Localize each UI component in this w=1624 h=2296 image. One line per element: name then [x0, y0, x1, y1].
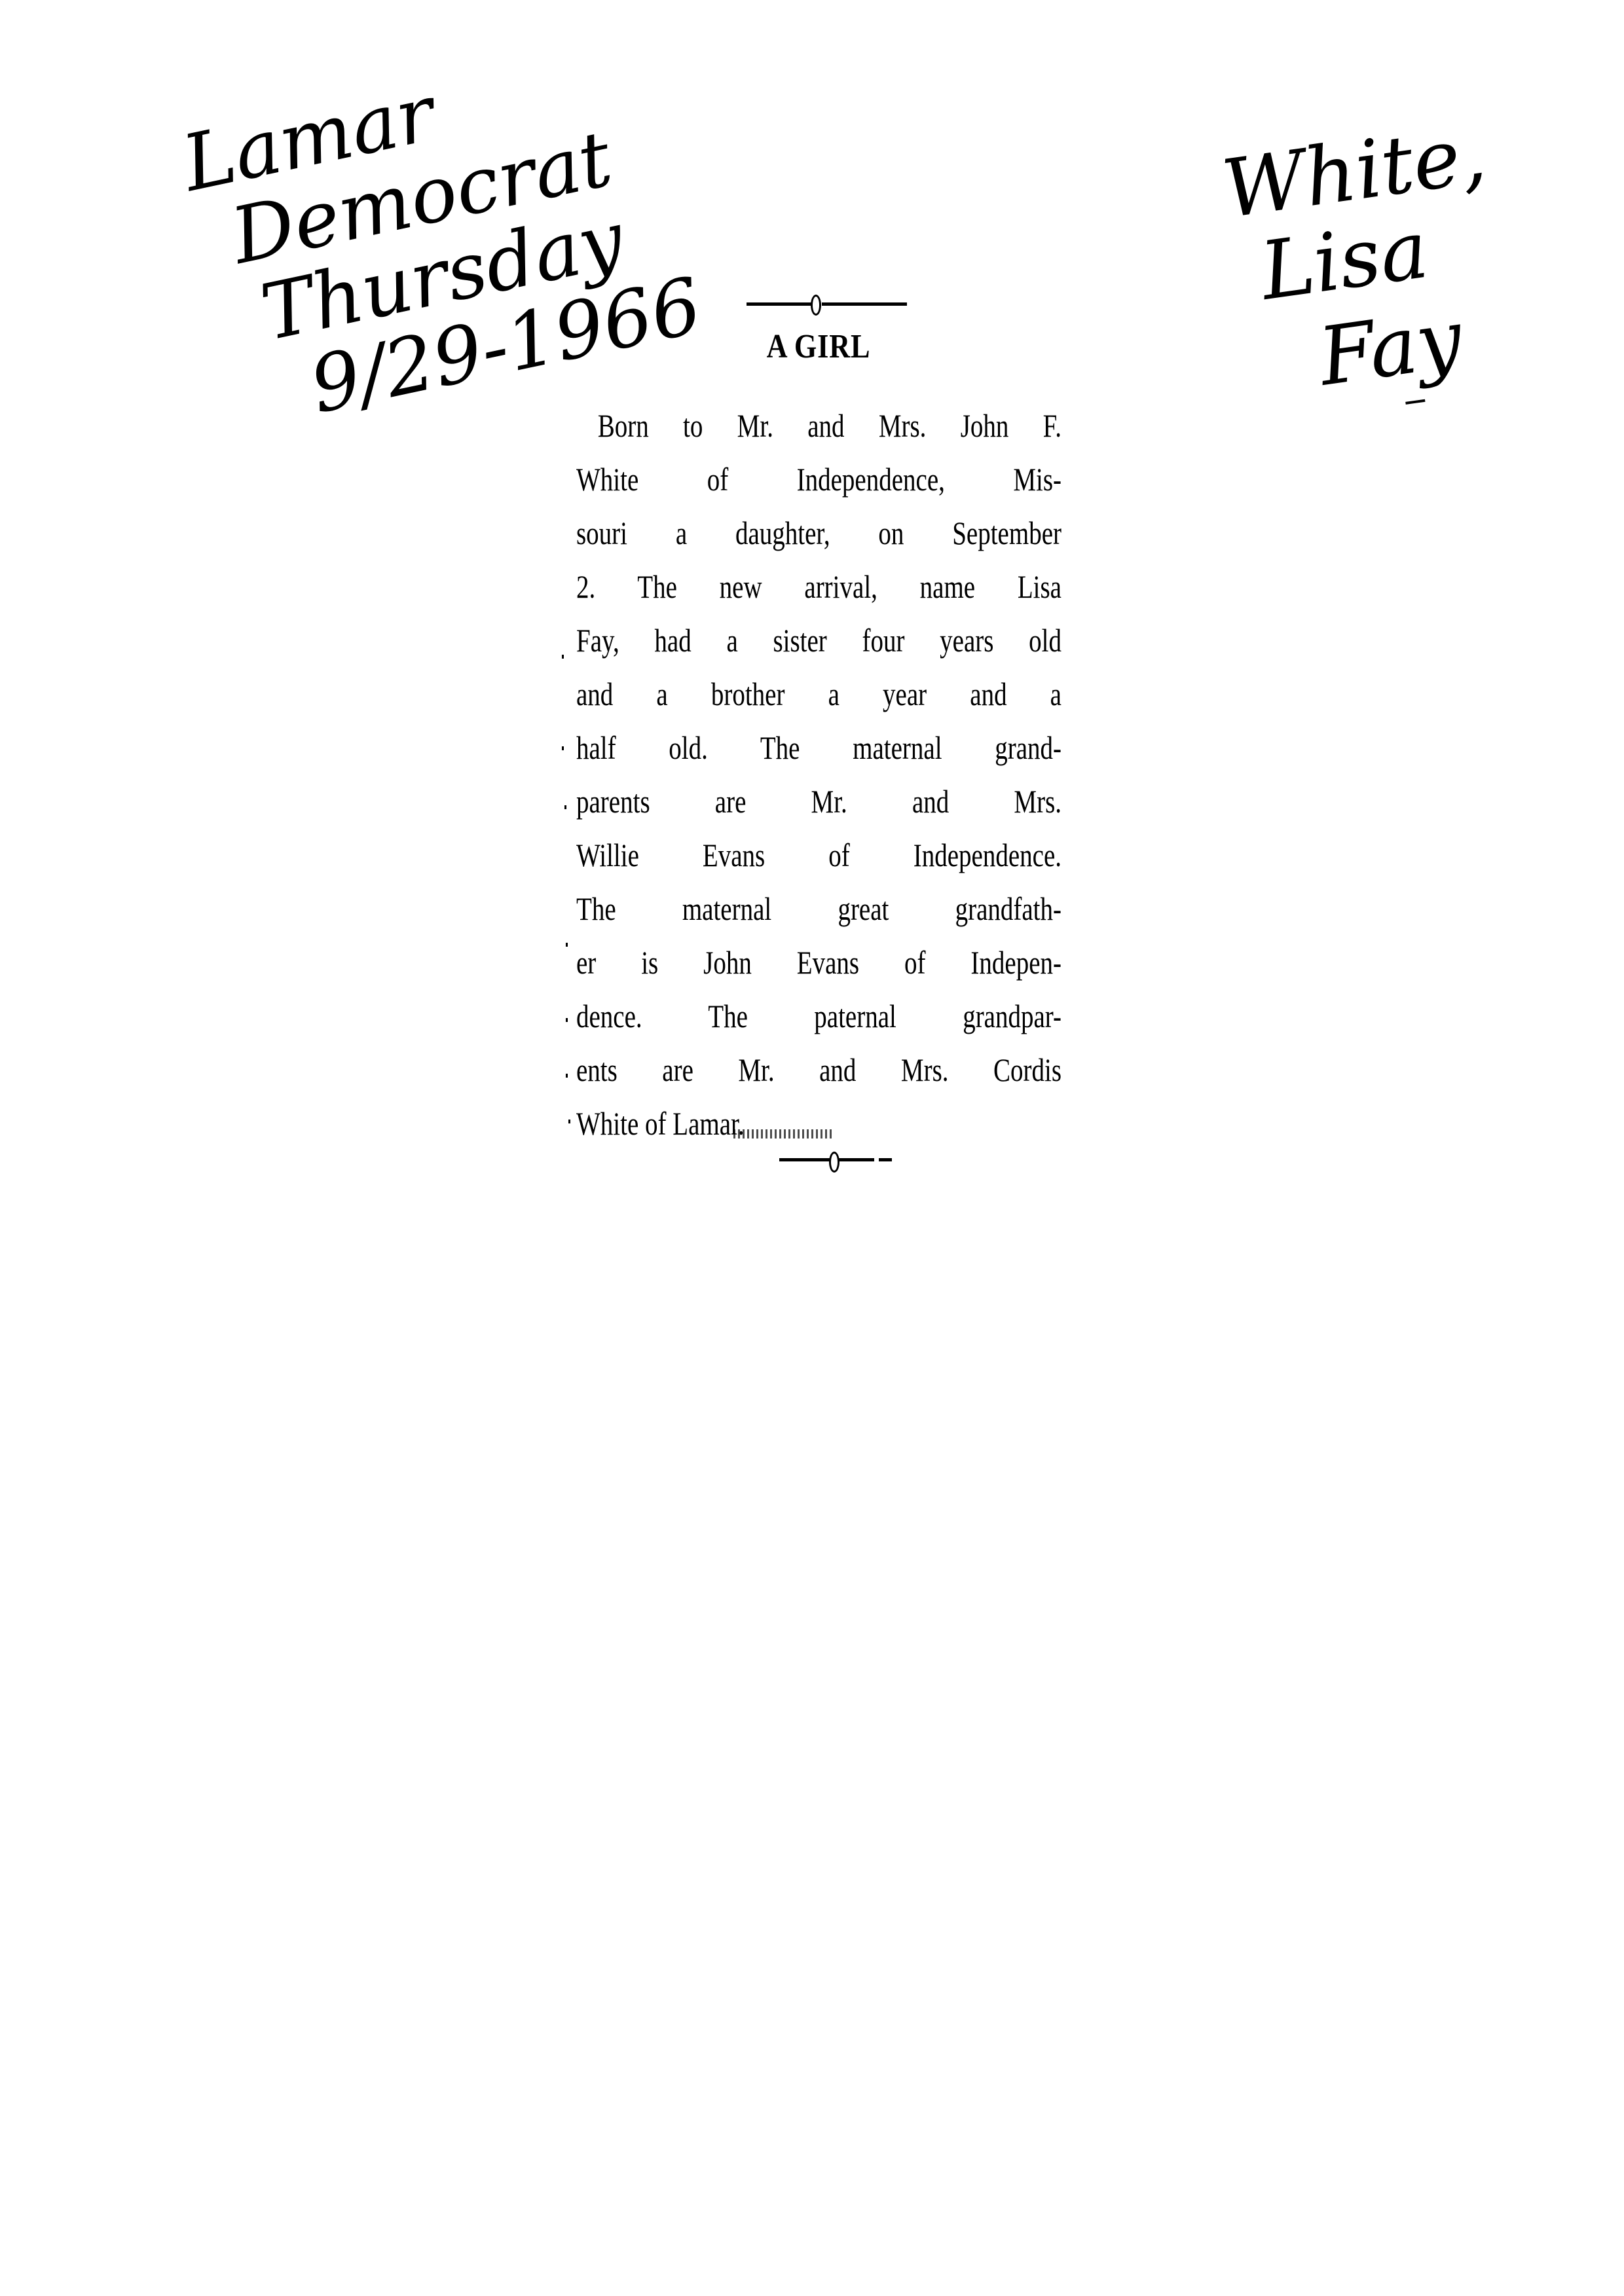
- margin-speck: [566, 943, 568, 947]
- top-ornamental-rule: [576, 295, 1061, 314]
- body-line: half old. The maternal grand-: [576, 721, 1061, 774]
- clipping-body: Born to Mr. and Mrs. John F. White of In…: [576, 399, 1061, 1150]
- bottom-ornamental-rule: [576, 1150, 1061, 1170]
- handwritten-middle-name: Fay: [1314, 291, 1515, 397]
- margin-speck: [566, 1074, 568, 1078]
- body-line: parents are Mr. and Mrs.: [576, 774, 1061, 828]
- body-line: dence. The paternal grandpar-: [576, 989, 1061, 1043]
- print-smudge: [733, 1129, 832, 1139]
- newspaper-clipping: A GIRL Born to Mr. and Mrs. John F. Whit…: [576, 295, 1061, 1170]
- body-line: ents are Mr. and Mrs. Cordis: [576, 1043, 1061, 1097]
- body-line: and a brother a year and a: [576, 667, 1061, 721]
- body-line: 2. The new arrival, name Lisa: [576, 560, 1061, 613]
- body-line: er is John Evans of Indepen-: [576, 936, 1061, 989]
- body-line: Fay, had a sister four years old: [576, 613, 1061, 667]
- body-line: White of Lamar.: [576, 1097, 1061, 1150]
- body-line: souri a daughter, on September: [576, 506, 1061, 560]
- body-line: White of Independence, Mis-: [576, 452, 1061, 506]
- margin-speck: [568, 1120, 570, 1123]
- pen-mark: [1405, 399, 1425, 405]
- body-line: Born to Mr. and Mrs. John F.: [576, 399, 1061, 452]
- margin-speck: [562, 655, 564, 659]
- margin-speck: [562, 746, 564, 750]
- margin-speck: [564, 805, 566, 809]
- body-line: The maternal great grandfath-: [576, 882, 1061, 936]
- body-line: Willie Evans of Independence.: [576, 828, 1061, 882]
- margin-speck: [566, 1018, 568, 1022]
- clipping-headline: A GIRL: [613, 327, 1025, 366]
- handwritten-name-note: White, Lisa Fay: [1218, 114, 1515, 407]
